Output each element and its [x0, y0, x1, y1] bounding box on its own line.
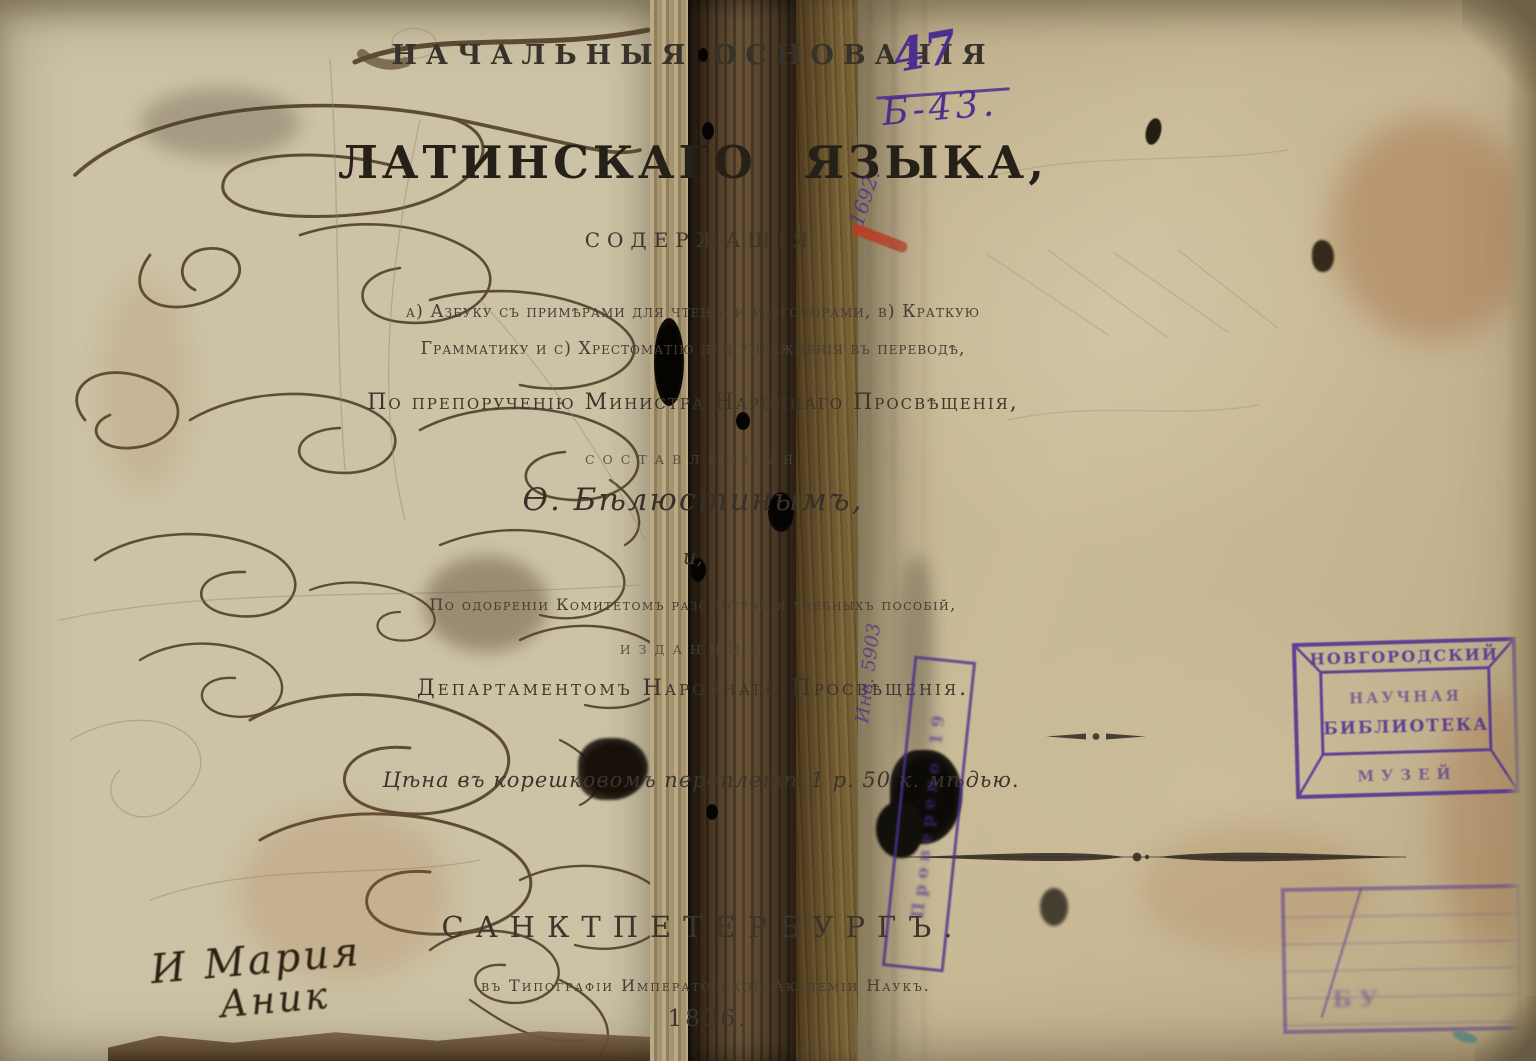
library-stamp-line1: НАУЧНАЯ — [1349, 686, 1462, 707]
check-stamp-text: Проверено 19 — [908, 709, 950, 920]
wormhole — [706, 804, 718, 820]
year-line: 1836. — [30, 1006, 1386, 1032]
printer-line: въ Типографіи Императорской Академіи Нау… — [26, 976, 1386, 995]
publisher-line: Департаментомъ Народнаго Просвѣщенія. — [0, 676, 1386, 701]
contents-line-1: а) Азбуку съ примѣрами для чтенія и разг… — [0, 302, 1386, 322]
divider-ornament-large — [900, 846, 1406, 868]
price-line: Цѣна въ корешковомъ переплетѣ 1 р. 50 к.… — [16, 768, 1386, 792]
library-stamp-line2: БИБЛИОТЕКА — [1323, 715, 1489, 740]
library-stamp-top: НОВГОРОДСКИЙ — [1309, 642, 1499, 668]
main-title: ЛАТИНСКАГО ЯЗЫКА, — [0, 136, 1386, 189]
torn-corner-top-right — [1462, 0, 1536, 96]
library-stamp: НОВГОРОДСКИЙ НАУЧНАЯ БИБЛИОТЕКА МУЗЕЙ — [1292, 637, 1520, 799]
conjunction-line: и, — [0, 545, 1386, 569]
title-header: НАЧАЛЬНЫЯ ОСНОВАНІЯ — [0, 40, 1386, 71]
approval-line: По одобреніи Комитетомъ разсмотрѣнія уче… — [0, 595, 1386, 614]
contents-line-2: Грамматику и c) Хрестоматію для упражнен… — [0, 339, 1386, 359]
library-stamp-bottom: МУЗЕЙ — [1357, 764, 1458, 786]
subtitle-line: СОДЕРЖАЩІЯ — [14, 228, 1386, 252]
shelfmark-number: 47 — [889, 19, 961, 83]
city-line: САНКТПЕТЕРБУРГЪ. — [20, 910, 1386, 944]
published-label: ИЗДАННЫЯ — [0, 642, 1386, 657]
torn-corner-bottom-right — [1474, 996, 1536, 1061]
author-name: Ѳ. Бѣлюстинымъ, — [0, 482, 1386, 518]
divider-ornament-small — [1046, 729, 1146, 744]
torn-right-edge — [1506, 0, 1536, 1061]
book-scan: И Мария Аник — [0, 0, 1536, 1061]
compiled-label: СОСТАВЛЕННЫЯ — [0, 452, 1386, 467]
commission-line: По препорученію Министра Народнаго Просв… — [0, 390, 1386, 415]
faded-stamp-fragment: БУ — [1332, 986, 1385, 1013]
